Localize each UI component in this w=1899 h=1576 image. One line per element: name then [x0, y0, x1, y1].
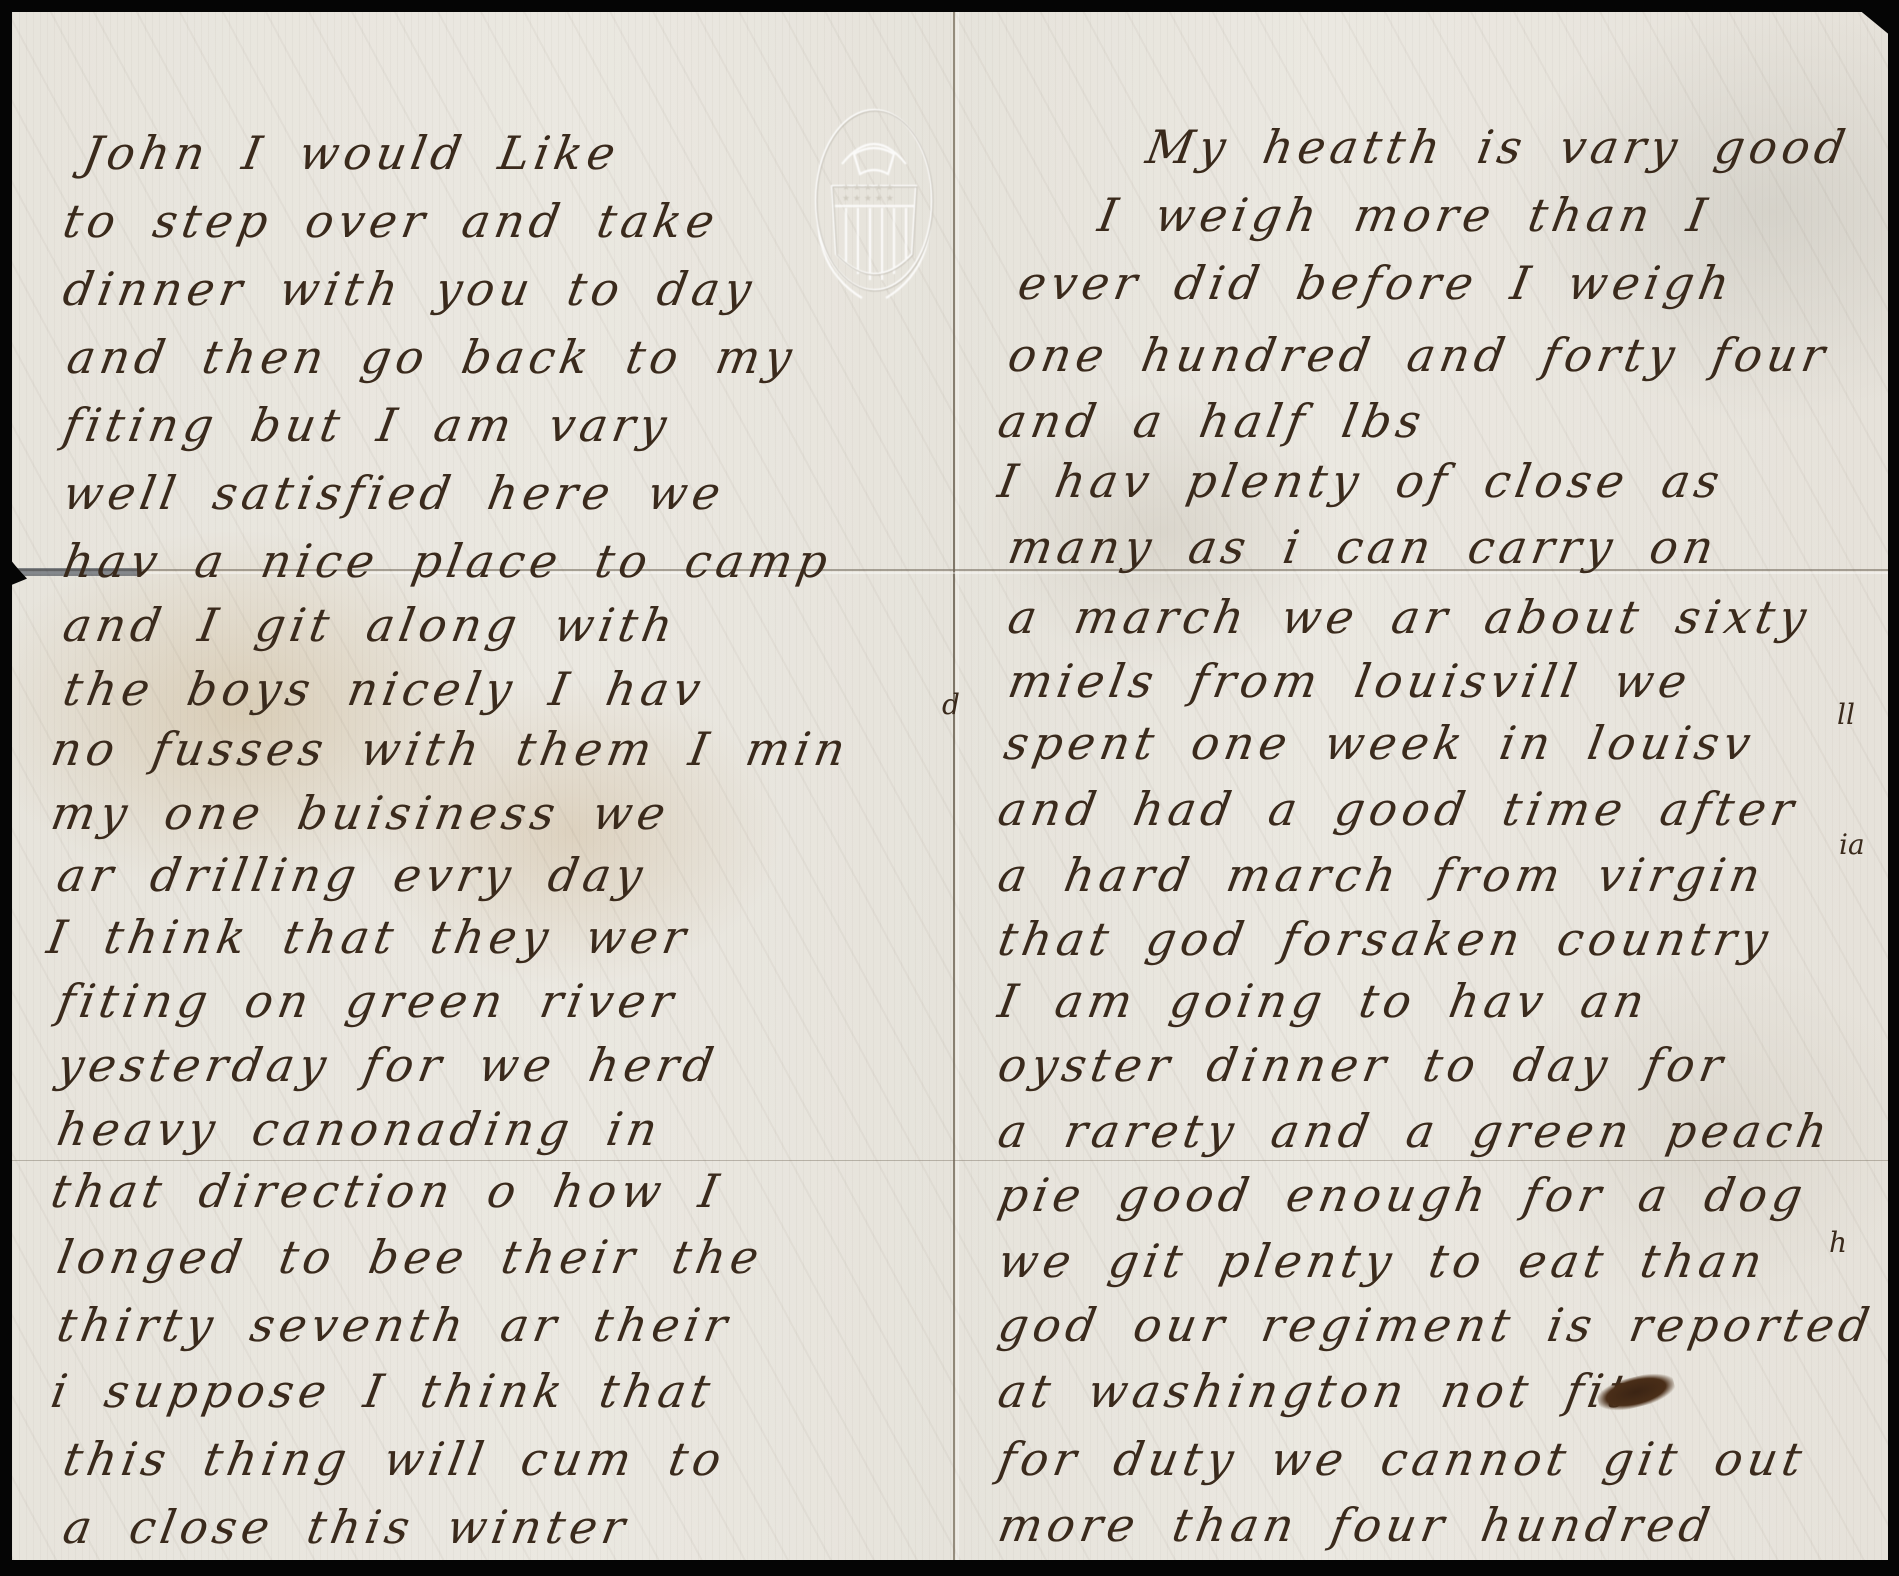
left-page: John I would Like to step over and take … [12, 12, 953, 1560]
right-line-14: I am going to hav an [995, 978, 1653, 1024]
left-line-4: and then go back to my [64, 334, 800, 380]
left-line-10: no fusses with them I min [48, 726, 854, 772]
center-fold-line [953, 12, 955, 1560]
left-line-21: this thing will cum to [60, 1436, 730, 1482]
left-line-8: and I git along with [60, 602, 681, 648]
left-line-2: to step over and take [60, 198, 723, 244]
left-line-13: I think that they wer [44, 914, 694, 960]
right-line-22: more than four hundred [995, 1502, 1718, 1548]
right-line-10: spent one week in louisv [1001, 720, 1759, 766]
left-line-16: heavy canonading in [54, 1106, 666, 1152]
right-line-2: I weigh more than I [1095, 192, 1715, 238]
left-line-6: well satisfied here we [60, 470, 729, 516]
right-line-16: a rarety and a green peach [995, 1108, 1836, 1154]
left-interlinear-note: d [942, 688, 960, 721]
right-line-12: a hard march from virgin [995, 852, 1769, 898]
left-line-7: hav a nice place to camp [60, 538, 836, 584]
left-line-15: yesterday for we herd [54, 1042, 722, 1088]
left-line-11: my one buisiness we [48, 790, 674, 836]
left-line-19: thirty seventh ar their [54, 1302, 736, 1348]
right-line-1: My heatth is vary good [1143, 124, 1854, 170]
right-interlinear-note-2: ia [1839, 828, 1865, 861]
left-line-5: fiting but I am vary [60, 402, 675, 448]
right-interlinear-note-3: h [1829, 1226, 1847, 1259]
left-line-12: ar drilling evry day [54, 852, 651, 898]
right-line-11: and had a good time after [995, 786, 1802, 832]
left-line-22: a close this winter [60, 1504, 633, 1550]
right-line-19: god our regiment is reported [995, 1302, 1878, 1348]
right-line-20: at washington not fit [995, 1368, 1636, 1414]
right-line-13: that god forsaken country [995, 916, 1776, 962]
right-line-5: and a half lbs [995, 398, 1429, 444]
right-interlinear-note-1: ll [1837, 698, 1855, 731]
right-line-18: we git plenty to eat than [995, 1238, 1770, 1284]
right-line-7: many as i can carry on [1005, 524, 1722, 570]
right-line-3: ever did before I weigh [1015, 260, 1738, 306]
right-line-15: oyster dinner to day for [995, 1042, 1731, 1088]
left-line-14: fiting on green river [54, 978, 682, 1024]
right-line-6: I hav plenty of close as [995, 458, 1728, 504]
left-line-17: that direction o how I [48, 1168, 727, 1214]
right-line-17: pie good enough for a dog [995, 1172, 1811, 1218]
left-line-3: dinner with you to day [60, 266, 760, 312]
right-page: My heatth is vary good I weigh more than… [959, 12, 1888, 1560]
left-line-9: the boys nicely I hav [60, 666, 709, 712]
right-line-8: a march we ar about sixty [1005, 594, 1815, 640]
left-line-1: John I would Like [80, 130, 624, 176]
letter-sheet: ★ ★ ★ ★ ★ ★ ★ ★ ★ ★ John I would Like to… [12, 12, 1888, 1560]
left-line-20: i suppose I think that [48, 1368, 718, 1414]
right-line-4: one hundred and forty four [1005, 332, 1833, 378]
left-line-18: longed to bee their the [54, 1234, 767, 1280]
right-line-21: for duty we cannot git out [995, 1436, 1810, 1482]
right-line-9: miels from louisvill we [1005, 658, 1695, 704]
